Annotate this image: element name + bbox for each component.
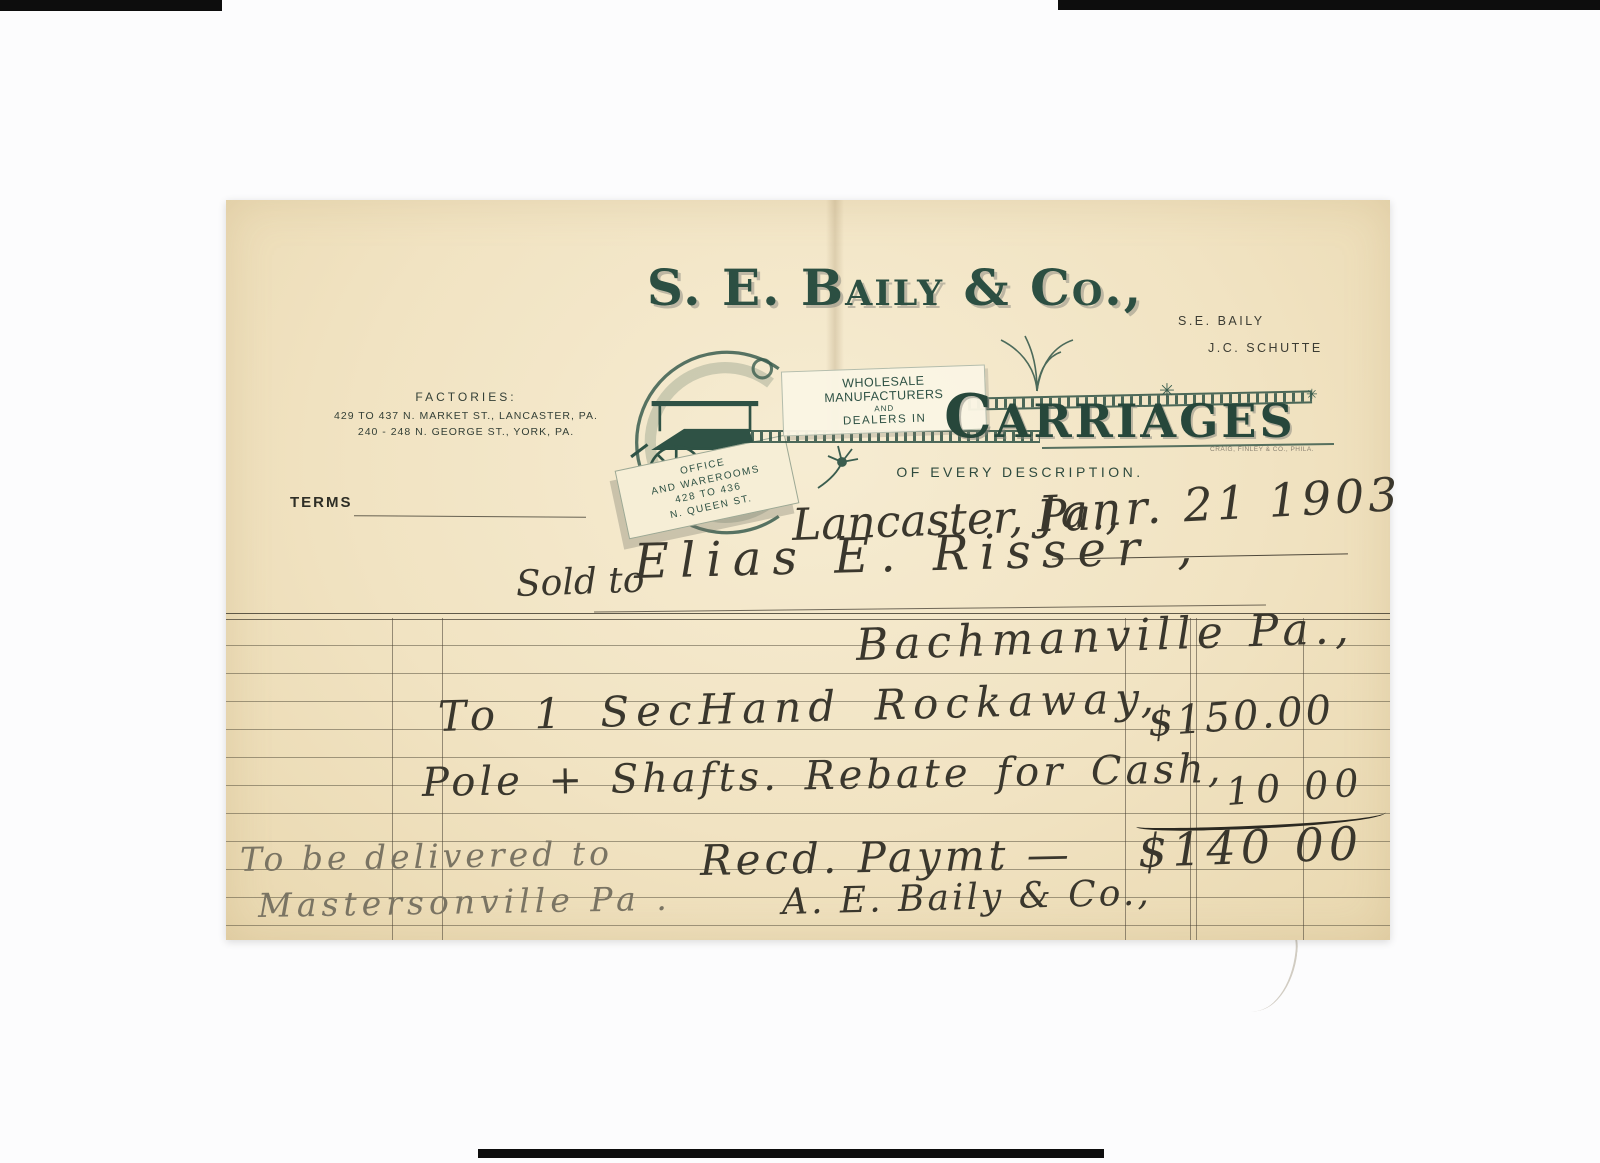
partner-name-baily: S.E. BAILY [1178,314,1265,328]
factories-title: FACTORIES: [316,390,616,404]
printer-credit: CRAIG, FINLEY & CO., PHILA. [1210,446,1314,453]
terms-blank-line [354,515,586,518]
scan-artifact-bar-bottom [478,1149,1104,1158]
company-name: S. E. Baily & Co., [630,258,1160,317]
delivery-note-line-2: Mastersonville Pa . [258,879,672,925]
starburst-ornament-right: ✳ [1306,386,1318,403]
scan-artifact-bar-top-left [0,0,222,11]
line-item-amount-total: $140 00 [1137,816,1364,878]
factories-line-1: 429 TO 437 N. MARKET ST., LANCASTER, PA. [316,408,616,424]
factories-address-block: FACTORIES: 429 TO 437 N. MARKET ST., LAN… [316,390,616,441]
tagline: OF EVERY DESCRIPTION. [890,464,1150,480]
product-banner: Carriages [944,382,1296,452]
scan-artifact-bar-top-right [1058,0,1600,10]
scanned-photo: S. E. Baily & Co., S.E. BAILY J.C. SCHUT… [0,0,1600,1163]
factories-line-2: 240 - 248 N. GEORGE ST., YORK, PA. [316,424,616,440]
daisy-ornament [812,438,876,490]
terms-label: TERMS [290,494,353,511]
sold-to-label: Sold to [515,560,645,605]
delivery-note-line-1: To be delivered to [240,833,614,879]
partner-name-schutte: J.C. SCHUTTE [1208,341,1323,355]
invoice-document: S. E. Baily & Co., S.E. BAILY J.C. SCHUT… [226,200,1390,940]
